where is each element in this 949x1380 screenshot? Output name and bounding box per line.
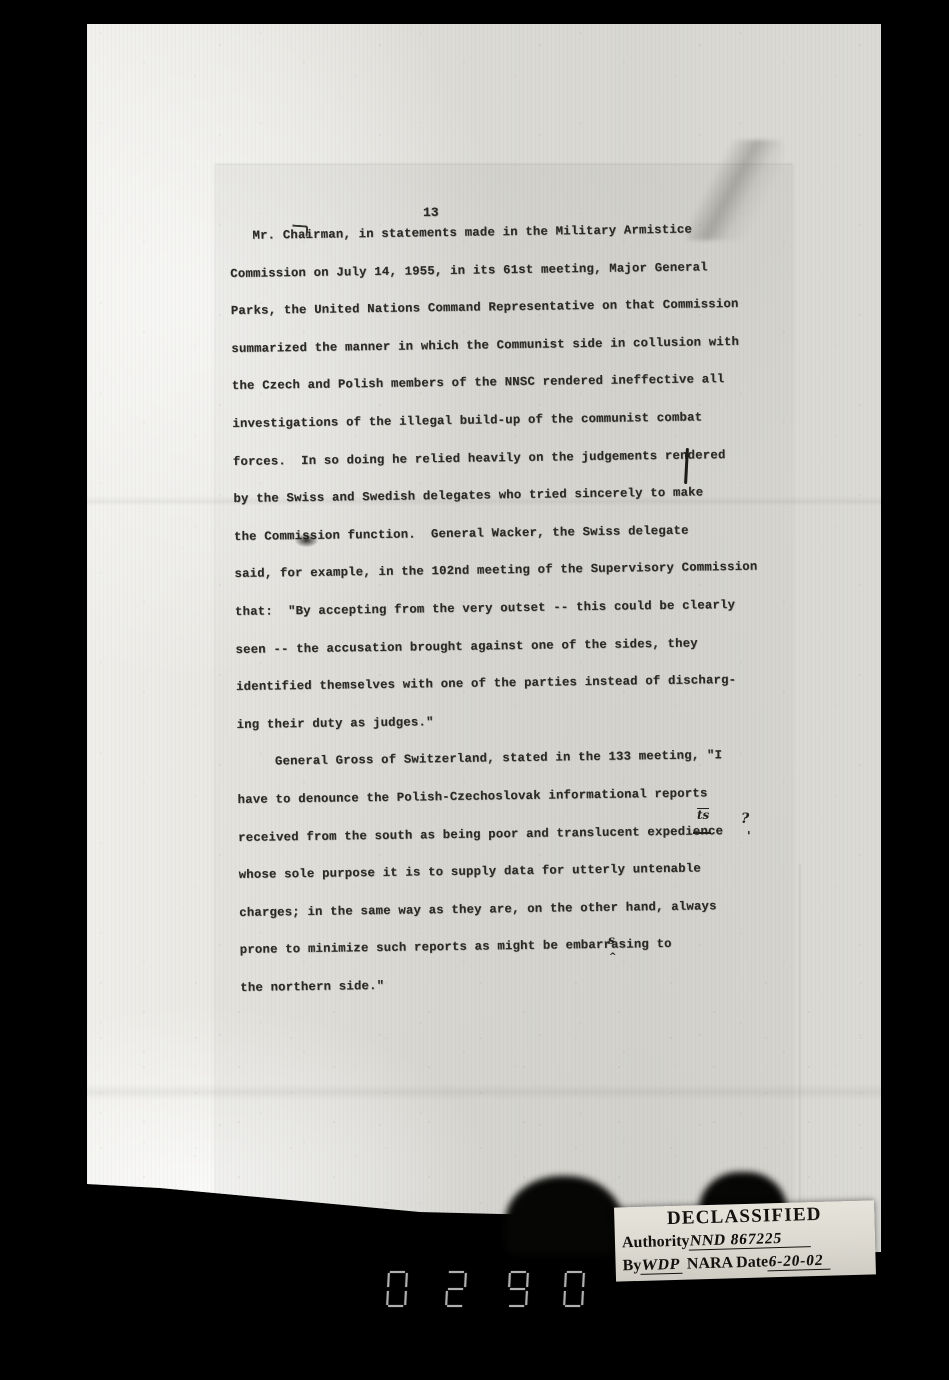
segment xyxy=(449,1271,464,1273)
counter-digit xyxy=(444,1271,468,1308)
handwritten-tick-mark: ' xyxy=(747,829,751,843)
typed-line: identified themselves with one of the pa… xyxy=(236,662,776,707)
segment xyxy=(526,1273,529,1287)
stamp-date-label: NARA Date xyxy=(687,1253,769,1272)
segment xyxy=(388,1305,403,1307)
stamp-authority-value: NND 867225 xyxy=(688,1229,812,1250)
handwritten-ts-note: ts xyxy=(697,808,709,822)
segment xyxy=(581,1291,584,1305)
stamp-authority-label: Authority xyxy=(622,1233,690,1252)
segment xyxy=(511,1271,526,1273)
stamp-by-label: By xyxy=(622,1257,641,1275)
counter-digit xyxy=(506,1271,530,1308)
segment xyxy=(386,1291,389,1305)
stamp-date-value: 6-20-02 xyxy=(767,1252,832,1272)
segment xyxy=(447,1305,462,1307)
segment xyxy=(404,1291,407,1305)
scanned-page: 13 Mr. Chairman, in statements made in t… xyxy=(87,24,881,1260)
segment xyxy=(582,1273,585,1287)
frame-counter-display xyxy=(386,1271,596,1309)
counter-digit xyxy=(385,1271,409,1308)
handwritten-s-insertion: s xyxy=(608,933,615,947)
segment xyxy=(567,1271,582,1273)
counter-digit xyxy=(562,1271,586,1308)
segment xyxy=(508,1273,511,1287)
segment xyxy=(445,1291,448,1305)
segment xyxy=(387,1273,390,1287)
segment xyxy=(564,1273,567,1287)
segment xyxy=(509,1305,524,1307)
microfilm-scan-frame: 13 Mr. Chairman, in statements made in t… xyxy=(0,0,949,1380)
document-lines: Mr. Chairman, in statements made in the … xyxy=(229,210,780,1007)
ink-smudge xyxy=(295,534,318,547)
stamp-by-value: WDP xyxy=(640,1256,684,1275)
segment xyxy=(565,1305,580,1307)
segment xyxy=(525,1291,528,1305)
segment xyxy=(464,1273,467,1287)
segment xyxy=(510,1288,525,1290)
segment xyxy=(563,1291,566,1305)
segment xyxy=(448,1288,463,1290)
declassified-stamp: DECLASSIFIED AuthorityNND 867225 ByWDP N… xyxy=(614,1200,876,1281)
handwritten-question-mark: ? xyxy=(741,811,749,827)
handwritten-underline xyxy=(693,832,711,834)
typed-line: charges; in the same way as they are, on… xyxy=(239,887,779,932)
segment xyxy=(405,1273,408,1287)
vertical-streak xyxy=(798,864,802,1204)
handwritten-caret: ^ xyxy=(609,952,617,962)
horizontal-crease xyxy=(87,1084,881,1100)
segment xyxy=(390,1271,405,1273)
typed-line: the northern side." xyxy=(240,962,780,1007)
handwritten-hook-mark xyxy=(292,224,309,236)
typed-line: by the Swiss and Swedish delegates who t… xyxy=(233,474,773,519)
